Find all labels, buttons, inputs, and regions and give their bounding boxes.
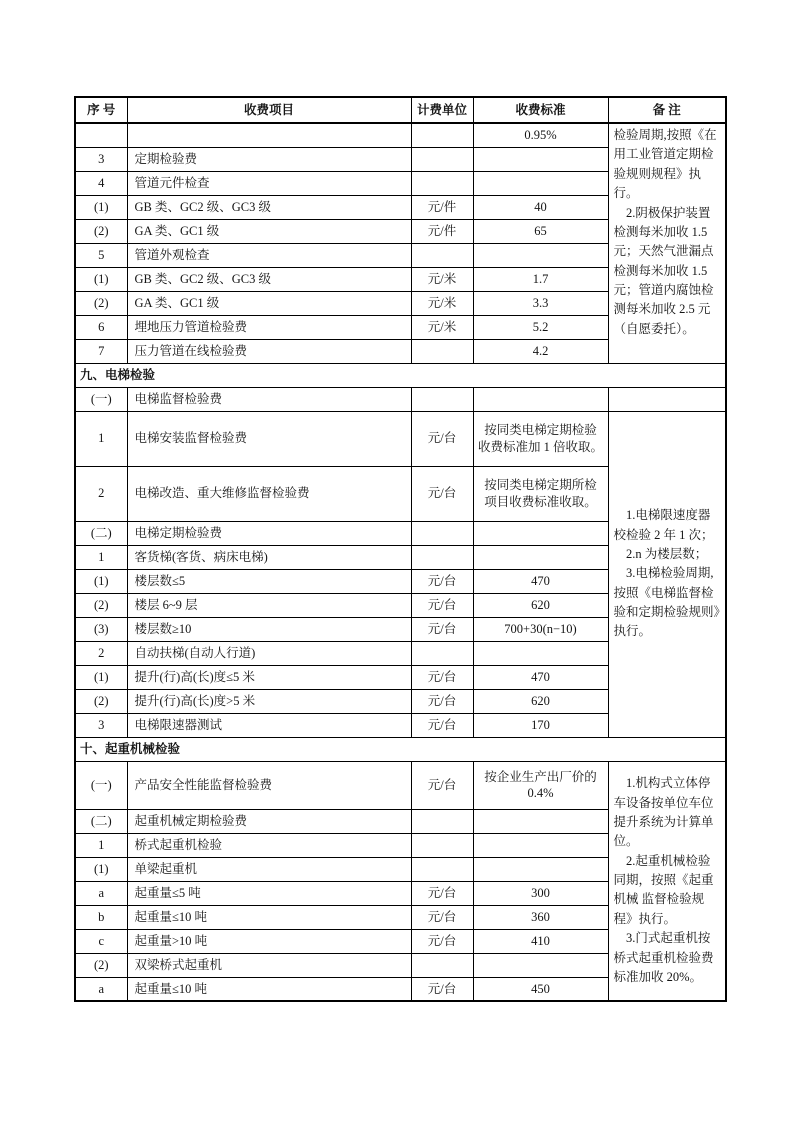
cell-item: 产品安全性能监督检验费 xyxy=(127,761,411,809)
cell-std xyxy=(473,243,608,267)
cell-unit xyxy=(411,521,473,545)
cell-std: 3.3 xyxy=(473,291,608,315)
cell-unit: 元/台 xyxy=(411,905,473,929)
cell-item: 电梯定期检验费 xyxy=(127,521,411,545)
cell-unit: 元/台 xyxy=(411,929,473,953)
cell-no: 1 xyxy=(75,833,127,857)
cell-item: 管道外观检查 xyxy=(127,243,411,267)
remark-cell: 1.机构式立体停车设备按单位车位提升系统为计算单位。2.起重机械检验同期，按照《… xyxy=(608,761,726,1001)
cell-no: 6 xyxy=(75,315,127,339)
document-page: 序 号 收费项目 计费单位 收费标准 备 注 0.95%检验周期,按照《在用工业… xyxy=(0,0,793,1122)
cell-no: a xyxy=(75,977,127,1001)
cell-item: 楼层 6~9 层 xyxy=(127,593,411,617)
cell-no: 2 xyxy=(75,641,127,665)
cell-item: 自动扶梯(自动人行道) xyxy=(127,641,411,665)
table-row: 1电梯安装监督检验费元/台按同类电梯定期检验收费标准加 1 倍收取。1.电梯限速… xyxy=(75,411,726,466)
remark-paragraph: 1.机构式立体停车设备按单位车位提升系统为计算单位。 xyxy=(614,774,722,852)
cell-no xyxy=(75,123,127,147)
cell-item: 楼层数≤5 xyxy=(127,569,411,593)
cell-item: 压力管道在线检验费 xyxy=(127,339,411,363)
cell-item: 楼层数≥10 xyxy=(127,617,411,641)
column-header-unit: 计费单位 xyxy=(411,97,473,123)
cell-unit: 元/台 xyxy=(411,761,473,809)
cell-no: 3 xyxy=(75,147,127,171)
cell-unit: 元/台 xyxy=(411,593,473,617)
cell-std: 470 xyxy=(473,569,608,593)
cell-item: 提升(行)高(长)度>5 米 xyxy=(127,689,411,713)
cell-std: 65 xyxy=(473,219,608,243)
cell-std: 按企业生产出厂价的0.4% xyxy=(473,761,608,809)
cell-std xyxy=(473,809,608,833)
cell-no: (一) xyxy=(75,387,127,411)
cell-unit xyxy=(411,809,473,833)
remark-paragraph: 3.门式起重机按桥式起重机检验费标准加收 20%。 xyxy=(614,929,722,987)
cell-no: (2) xyxy=(75,953,127,977)
cell-unit xyxy=(411,545,473,569)
cell-item: 提升(行)高(长)度≤5 米 xyxy=(127,665,411,689)
remark-cell: 1.电梯限速度器校检验 2 年 1 次；2.n 为楼层数；3.电梯检验周期,按照… xyxy=(608,411,726,737)
fee-table: 序 号 收费项目 计费单位 收费标准 备 注 0.95%检验周期,按照《在用工业… xyxy=(74,96,727,1002)
table-row: (一)电梯监督检验费 xyxy=(75,387,726,411)
remark-paragraph: 1.电梯限速度器校检验 2 年 1 次； xyxy=(614,506,722,545)
remark-paragraph: 3.电梯检验周期,按照《电梯监督检验和定期检验规则》执行。 xyxy=(614,564,722,642)
cell-unit xyxy=(411,387,473,411)
remark-paragraph: 2.n 为楼层数； xyxy=(614,545,722,564)
cell-unit: 元/台 xyxy=(411,713,473,737)
cell-no: (2) xyxy=(75,593,127,617)
cell-std: 700+30(n−10) xyxy=(473,617,608,641)
cell-unit: 元/件 xyxy=(411,195,473,219)
cell-no: 1 xyxy=(75,545,127,569)
cell-std: 170 xyxy=(473,713,608,737)
cell-unit xyxy=(411,857,473,881)
cell-no: (2) xyxy=(75,689,127,713)
cell-item: 双梁桥式起重机 xyxy=(127,953,411,977)
cell-std: 按同类电梯定期检验收费标准加 1 倍收取。 xyxy=(473,411,608,466)
cell-unit: 元/米 xyxy=(411,315,473,339)
cell-unit: 元/台 xyxy=(411,881,473,905)
section-row: 九、电梯检验 xyxy=(75,363,726,387)
section-row: 十、起重机械检验 xyxy=(75,737,726,761)
cell-item: GA 类、GC1 级 xyxy=(127,291,411,315)
cell-no: a xyxy=(75,881,127,905)
cell-std: 300 xyxy=(473,881,608,905)
cell-unit xyxy=(411,171,473,195)
cell-std: 360 xyxy=(473,905,608,929)
cell-std xyxy=(473,521,608,545)
remark-paragraph: 检验周期,按照《在用工业管道定期检验规则规程》执行。 xyxy=(614,126,722,204)
cell-std: 470 xyxy=(473,665,608,689)
column-header-remark: 备 注 xyxy=(608,97,726,123)
cell-unit xyxy=(411,147,473,171)
cell-std xyxy=(473,171,608,195)
cell-std: 40 xyxy=(473,195,608,219)
cell-no: 7 xyxy=(75,339,127,363)
cell-no: (二) xyxy=(75,809,127,833)
cell-unit: 元/米 xyxy=(411,291,473,315)
cell-no: (1) xyxy=(75,195,127,219)
table-row: 0.95%检验周期,按照《在用工业管道定期检验规则规程》执行。2.阴极保护装置检… xyxy=(75,123,726,147)
cell-no: (2) xyxy=(75,219,127,243)
table-row: (一)产品安全性能监督检验费元/台按企业生产出厂价的0.4%1.机构式立体停车设… xyxy=(75,761,726,809)
cell-unit xyxy=(411,243,473,267)
cell-item: 埋地压力管道检验费 xyxy=(127,315,411,339)
cell-std: 620 xyxy=(473,689,608,713)
column-header-std: 收费标准 xyxy=(473,97,608,123)
cell-no: (2) xyxy=(75,291,127,315)
cell-std: 1.7 xyxy=(473,267,608,291)
cell-std xyxy=(473,147,608,171)
cell-no: (1) xyxy=(75,267,127,291)
cell-no: b xyxy=(75,905,127,929)
cell-item xyxy=(127,123,411,147)
cell-item: 定期检验费 xyxy=(127,147,411,171)
cell-item: 桥式起重机检验 xyxy=(127,833,411,857)
fee-table-header: 序 号 收费项目 计费单位 收费标准 备 注 xyxy=(75,97,726,123)
section-header: 九、电梯检验 xyxy=(75,363,726,387)
cell-item: 电梯监督检验费 xyxy=(127,387,411,411)
cell-std: 410 xyxy=(473,929,608,953)
cell-item: GB 类、GC2 级、GC3 级 xyxy=(127,267,411,291)
cell-std: 620 xyxy=(473,593,608,617)
cell-std xyxy=(473,857,608,881)
cell-no: 1 xyxy=(75,411,127,466)
cell-item: 单梁起重机 xyxy=(127,857,411,881)
cell-item: GB 类、GC2 级、GC3 级 xyxy=(127,195,411,219)
cell-no: (1) xyxy=(75,665,127,689)
cell-unit xyxy=(411,123,473,147)
cell-no: (1) xyxy=(75,857,127,881)
cell-item: 起重量≤5 吨 xyxy=(127,881,411,905)
cell-unit: 元/件 xyxy=(411,219,473,243)
cell-no: (二) xyxy=(75,521,127,545)
cell-item: 管道元件检查 xyxy=(127,171,411,195)
column-header-item: 收费项目 xyxy=(127,97,411,123)
cell-no: 5 xyxy=(75,243,127,267)
remark-cell xyxy=(608,387,726,411)
cell-unit: 元/台 xyxy=(411,411,473,466)
cell-std xyxy=(473,641,608,665)
cell-item: 起重量>10 吨 xyxy=(127,929,411,953)
cell-no: (3) xyxy=(75,617,127,641)
cell-unit: 元/台 xyxy=(411,617,473,641)
cell-unit xyxy=(411,833,473,857)
cell-item: 起重量≤10 吨 xyxy=(127,977,411,1001)
cell-no: 2 xyxy=(75,466,127,521)
cell-no: 4 xyxy=(75,171,127,195)
section-header: 十、起重机械检验 xyxy=(75,737,726,761)
cell-item: 电梯安装监督检验费 xyxy=(127,411,411,466)
cell-std: 4.2 xyxy=(473,339,608,363)
cell-no: 3 xyxy=(75,713,127,737)
cell-no: (一) xyxy=(75,761,127,809)
cell-std: 450 xyxy=(473,977,608,1001)
cell-unit: 元/台 xyxy=(411,466,473,521)
cell-std: 0.95% xyxy=(473,123,608,147)
cell-unit: 元/台 xyxy=(411,665,473,689)
cell-std xyxy=(473,833,608,857)
cell-std xyxy=(473,545,608,569)
cell-no: c xyxy=(75,929,127,953)
cell-item: GA 类、GC1 级 xyxy=(127,219,411,243)
cell-std xyxy=(473,953,608,977)
cell-item: 电梯改造、重大维修监督检验费 xyxy=(127,466,411,521)
cell-std: 按同类电梯定期所检项目收费标准收取。 xyxy=(473,466,608,521)
remark-paragraph: 2.起重机械检验同期，按照《起重机械 监督检验规程》执行。 xyxy=(614,852,722,930)
column-header-no: 序 号 xyxy=(75,97,127,123)
remark-cell: 检验周期,按照《在用工业管道定期检验规则规程》执行。2.阴极保护装置检测每米加收… xyxy=(608,123,726,363)
cell-unit: 元/米 xyxy=(411,267,473,291)
cell-unit: 元/台 xyxy=(411,977,473,1001)
cell-unit xyxy=(411,953,473,977)
header-row: 序 号 收费项目 计费单位 收费标准 备 注 xyxy=(75,97,726,123)
cell-unit xyxy=(411,339,473,363)
cell-std xyxy=(473,387,608,411)
cell-item: 起重机械定期检验费 xyxy=(127,809,411,833)
cell-unit: 元/台 xyxy=(411,569,473,593)
cell-item: 客货梯(客货、病床电梯) xyxy=(127,545,411,569)
cell-unit xyxy=(411,641,473,665)
fee-table-body: 0.95%检验周期,按照《在用工业管道定期检验规则规程》执行。2.阴极保护装置检… xyxy=(75,123,726,1001)
cell-item: 起重量≤10 吨 xyxy=(127,905,411,929)
remark-paragraph: 2.阴极保护装置检测每米加收 1.5 元；天然气泄漏点检测每米加收 1.5 元；… xyxy=(614,204,722,340)
cell-item: 电梯限速器测试 xyxy=(127,713,411,737)
cell-unit: 元/台 xyxy=(411,689,473,713)
cell-no: (1) xyxy=(75,569,127,593)
cell-std: 5.2 xyxy=(473,315,608,339)
